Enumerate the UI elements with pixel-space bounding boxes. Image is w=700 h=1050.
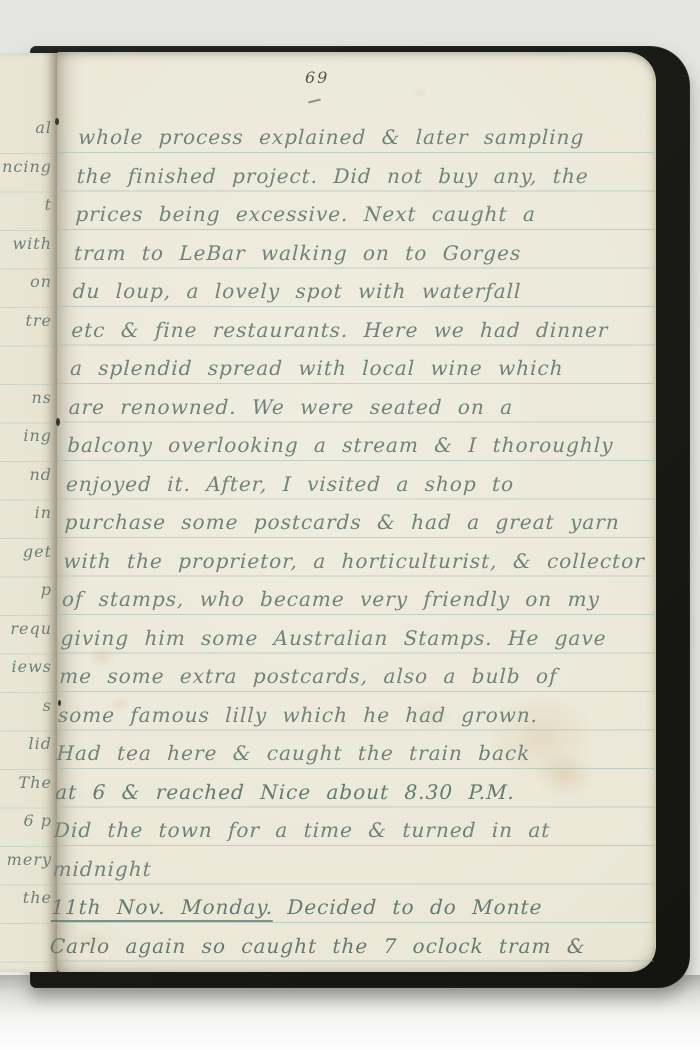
handwriting-line: tram to LeBar walking on to Gorges	[73, 234, 662, 273]
handwriting-line: du loup, a lovely spot with waterfall	[72, 272, 661, 311]
handwriting-line: balcony overlooking a stream & I thoroug…	[67, 426, 656, 465]
handwriting-line: of stamps, who became very friendly on m…	[61, 580, 650, 619]
left-page-text-fragment: ing	[23, 426, 52, 445]
page-number: 69	[305, 68, 329, 87]
handwriting-line: are renowned. We were seated on a	[68, 388, 657, 427]
left-page-text-fragment: on	[30, 272, 52, 291]
handwriting-line: some famous lilly which he had grown.	[57, 696, 646, 735]
handwriting-line: Did the town for a time & turned in at	[53, 811, 642, 850]
handwriting-line: prices being excessive. Next caught a	[75, 195, 664, 234]
binding-speck	[58, 700, 61, 706]
left-page-text-fragment: iews	[12, 657, 53, 676]
left-page-text-fragment: lid	[29, 734, 52, 753]
handwriting-line-date: 11th Nov. Monday.Decided to do Monte	[51, 888, 640, 927]
left-page-text-fragment: 6 p	[23, 811, 52, 830]
left-page-text-fragment: requ	[10, 619, 52, 638]
handwriting-line: a splendid spread with local wine which	[69, 349, 658, 388]
left-page-text-fragment: al	[35, 118, 52, 137]
left-page-edge: al ncing t with on tre ns ing nd in get …	[0, 53, 57, 972]
handwriting-line: purchase some postcards & had a great ya…	[64, 503, 653, 542]
handwriting-line: at 6 & reached Nice about 8.30 P.M.	[55, 773, 644, 812]
left-page-text-fragment: ncing	[2, 157, 52, 176]
handwriting: whole process explained & later sampling…	[49, 118, 667, 965]
left-page-text-fragment: with	[12, 234, 52, 253]
handwriting-line: me some extra postcards, also a bulb of	[59, 657, 648, 696]
left-page-text-fragment: in	[35, 503, 52, 522]
handwriting-line: enjoyed it. After, I visited a shop to	[65, 465, 654, 504]
binding-speck	[55, 118, 59, 125]
pencil-dash	[308, 98, 321, 103]
stain	[413, 88, 427, 98]
handwriting-line: the finished project. Did not buy any, t…	[76, 157, 665, 196]
left-page-text-fragment: mery	[7, 850, 52, 869]
handwriting-line: whole process explained & later sampling	[77, 118, 666, 157]
left-page-text-fragment: p	[41, 580, 52, 599]
left-page-text-fragment: the	[23, 888, 52, 907]
left-page-text-fragment: The	[19, 773, 52, 792]
left-page-text-fragment: ns	[31, 388, 52, 407]
left-page-text-fragment: nd	[29, 465, 52, 484]
handwriting-line: etc & fine restaurants. Here we had dinn…	[71, 311, 660, 350]
left-page-text-fragment: t	[45, 195, 52, 214]
left-page-text-fragment: get	[23, 542, 52, 561]
date-line-rest: Decided to do Monte	[287, 895, 543, 919]
notebook-photo: al ncing t with on tre ns ing nd in get …	[0, 0, 700, 1050]
handwriting-line: with the proprietor, a horticulturist, &…	[63, 542, 652, 581]
date-heading: 11th Nov. Monday.	[51, 895, 274, 922]
left-page-text-fragment: tre	[25, 311, 52, 330]
left-page-text-fragment: s	[43, 696, 52, 715]
handwriting-line: Carlo again so caught the 7 oclock tram …	[49, 927, 638, 966]
handwriting-line: Had tea here & caught the train back	[56, 734, 645, 773]
handwriting-line: giving him some Australian Stamps. He ga…	[60, 619, 649, 658]
diary-page: 69 whole process explained & later sampl…	[57, 52, 654, 972]
handwriting-line: midnight	[52, 850, 641, 889]
binding-speck	[56, 418, 60, 426]
